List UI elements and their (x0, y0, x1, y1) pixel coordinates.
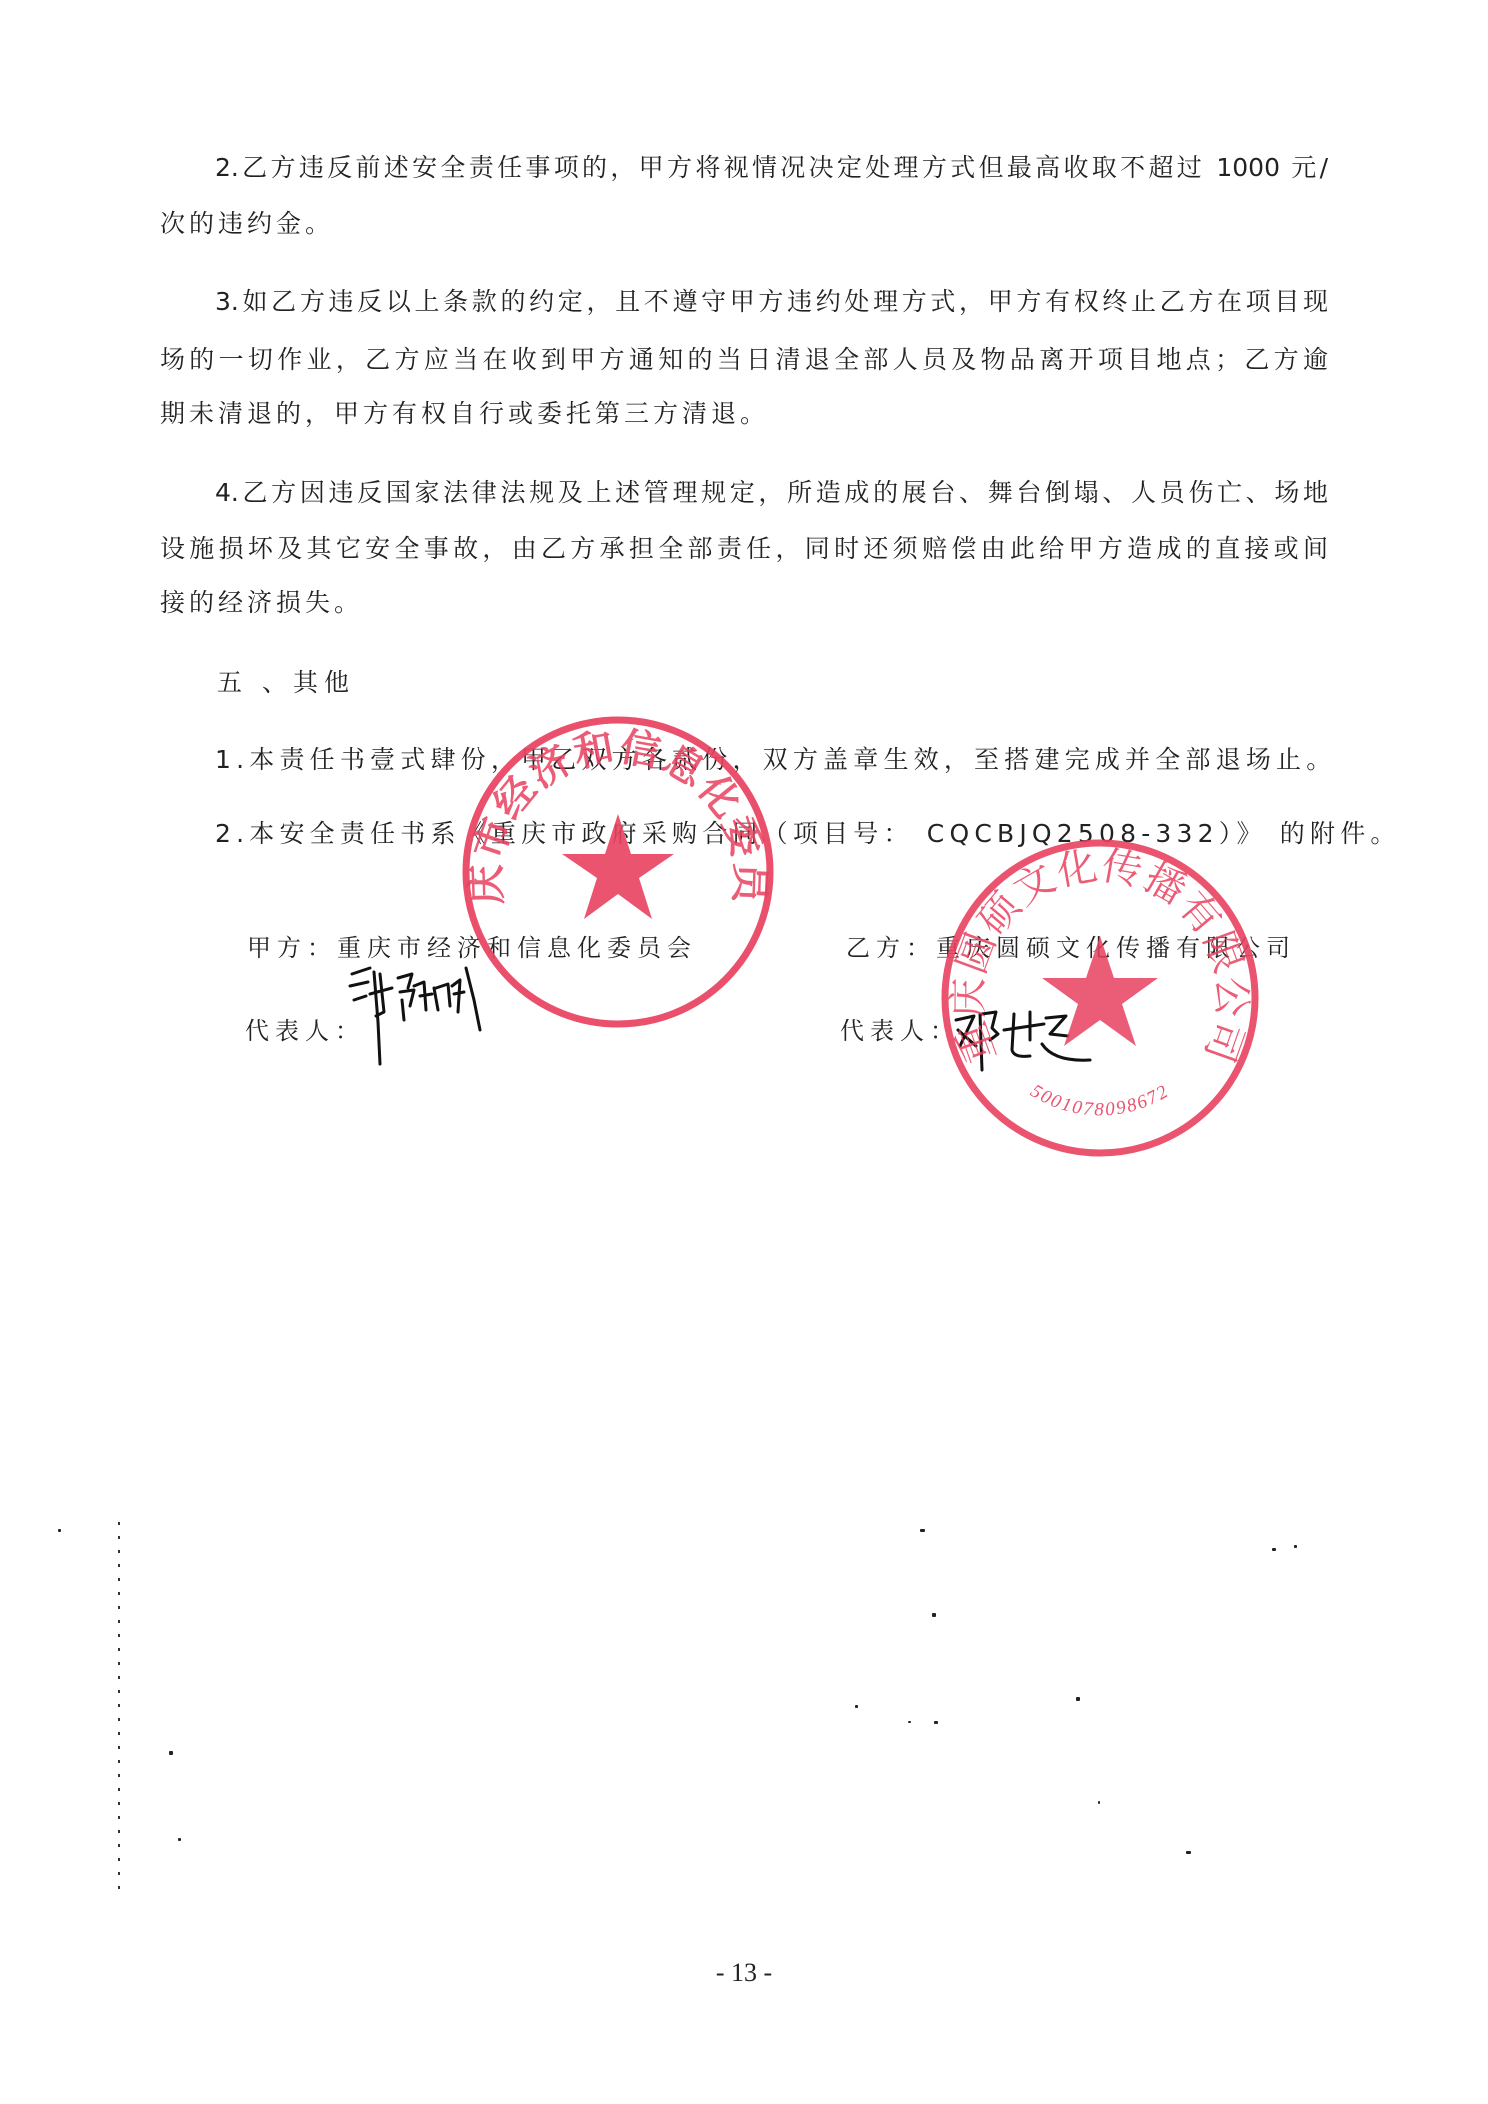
paragraph-3-line-2: 场的一切作业，乙方应当在收到甲方通知的当日清退全部人员及物品离开项目地点；乙方逾 (160, 345, 1328, 375)
paragraph-4-line-2: 设施损坏及其它安全事故，由乙方承担全部责任，同时还须赔偿由此给甲方造成的直接或间 (160, 534, 1328, 564)
party-a-signature (340, 960, 490, 1074)
scan-speck (1294, 1545, 1297, 1548)
scan-speck (169, 1751, 173, 1755)
party-a-label: 甲方：重庆市经济和信息化委员会 (247, 933, 697, 963)
scan-speck (920, 1529, 925, 1532)
scan-speck (1272, 1548, 1276, 1551)
party-a-seal-text: 重庆市经济和信息化委员会 (456, 710, 773, 906)
section-five-item-1: 1.本责任书壹式肆份，甲乙双方各贰份，双方盖章生效，至搭建完成并全部退场止。 (215, 745, 1336, 775)
page-number: - 13 - (0, 1958, 1488, 1988)
scan-speck (1076, 1697, 1080, 1701)
paragraph-4-line-1: 4.乙方因违反国家法律法规及上述管理规定，所造成的展台、舞台倒塌、人员伤亡、场地 (215, 478, 1328, 508)
scan-speck (855, 1705, 858, 1708)
party-b-official-seal: 重庆圆硕文化传播有限公司 5001078098672 (938, 836, 1262, 1160)
scan-speck (1098, 1801, 1100, 1804)
paragraph-3-line-3: 期未清退的，甲方有权自行或委托第三方清退。 (160, 399, 769, 429)
scan-speck (58, 1529, 61, 1532)
scan-artifact-line (118, 1522, 120, 1892)
scan-speck (1186, 1851, 1191, 1854)
scan-speck (932, 1613, 936, 1617)
paragraph-2-line-2: 次的违约金。 (160, 209, 334, 239)
section-five-item-2: 2.本安全责任书系《重庆市政府采购合同（项目号： CQCBJQ2508-332）… (215, 819, 1401, 849)
paragraph-2-line-1: 2.乙方违反前述安全责任事项的，甲方将视情况决定处理方式但最高收取不超过 100… (215, 153, 1328, 183)
scan-speck (178, 1838, 181, 1841)
document-page: 2.乙方违反前述安全责任事项的，甲方将视情况决定处理方式但最高收取不超过 100… (0, 0, 1488, 2104)
scan-speck (934, 1721, 938, 1724)
party-b-label: 乙方：重庆圆硕文化传播有限公司 (846, 933, 1296, 963)
party-b-signature (950, 1000, 1100, 1094)
svg-text:重庆市经济和信息化委员会: 重庆市经济和信息化委员会 (456, 710, 773, 906)
section-five-heading: 五 、其他 (217, 668, 355, 698)
party-b-representative-label: 代表人： (840, 1016, 960, 1046)
paragraph-4-line-3: 接的经济损失。 (160, 588, 363, 618)
paragraph-3-line-1: 3.如乙方违反以上条款的约定，且不遵守甲方违约处理方式，甲方有权终止乙方在项目现 (215, 287, 1328, 317)
scan-speck (908, 1721, 911, 1723)
